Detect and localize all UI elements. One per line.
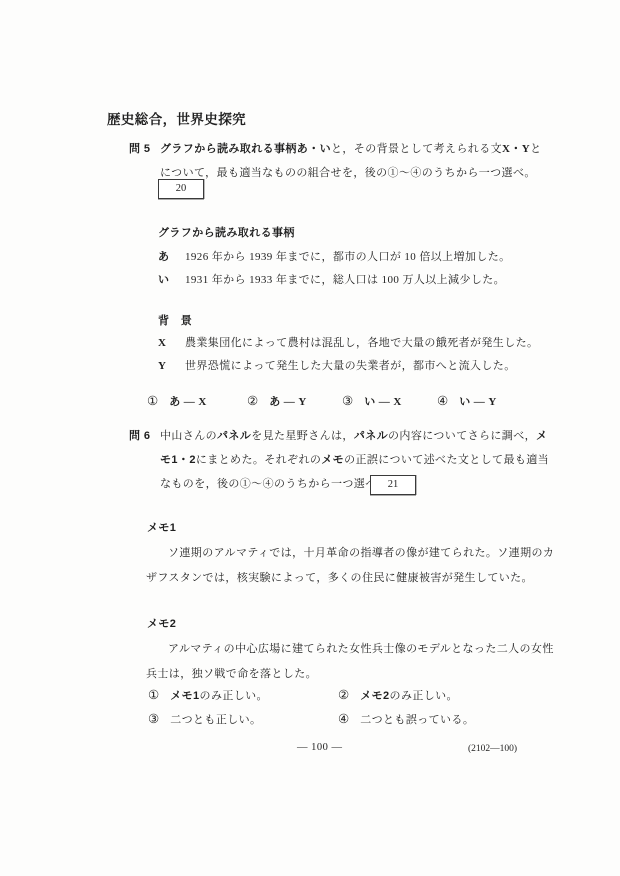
q6-stem-text4: にまとめた。それぞれの xyxy=(196,454,321,466)
q5-findings-heading: グラフから読み取れる事柄 xyxy=(158,226,295,241)
q5-stem-text: と，その背景として考えられる文 xyxy=(331,143,502,155)
q6-choice-1: ①メモ1のみ正しい。 xyxy=(148,688,268,704)
q6-memo1-heading: メモ1 xyxy=(147,521,176,536)
q5-label: 問 5 xyxy=(129,142,150,157)
q5-choice-1-text: あ ― X xyxy=(169,396,206,408)
footer-page-number: — 100 — xyxy=(297,740,343,755)
footer-doc-code: (2102—100) xyxy=(468,742,517,757)
q6-stem-line2: モ1・2にまとめた。それぞれのメモの正誤について述べた文として最も適当 xyxy=(160,453,549,468)
subject-title: 歴史総合，世界史探究 xyxy=(107,112,246,127)
q5-finding-item-i: い1931 年から 1933 年までに，総人口は 100 万人以上減少した。 xyxy=(158,273,505,288)
q6-stem-emphasis-memo-head: メ xyxy=(536,430,547,442)
q6-answer-box: 21 xyxy=(370,475,416,495)
q5-finding-item-a: あ1926 年から 1939 年までに，都市の人口が 10 倍以上増加した。 xyxy=(158,250,511,265)
q5-background-item-x: X農業集団化によって農村は混乱し，各地で大量の餓死者が発生した。 xyxy=(158,336,538,351)
q6-choice-4-text: 二つとも誤っている。 xyxy=(360,714,474,726)
q5-finding-label-a: あ xyxy=(158,250,185,265)
q6-choice-3-text: 二つとも正しい。 xyxy=(170,714,261,726)
q5-choice-1-number: ① xyxy=(147,394,158,408)
q6-label: 問 6 xyxy=(129,429,150,444)
q6-choice-4: ④二つとも誤っている。 xyxy=(338,712,474,728)
q5-background-label-y: Y xyxy=(158,359,185,374)
q5-stem-text-tail: と xyxy=(530,143,541,155)
q6-stem-line1: 中山さんのパネルを見た星野さんは，パネルの内容についてさらに調べ，メ xyxy=(160,429,547,444)
q6-memo2-line2: 兵士は，独ソ戦で命を落とした。 xyxy=(146,667,317,682)
q6-choice-1-emphasis: メモ1 xyxy=(170,690,199,702)
q5-stem-line1: グラフから読み取れる事柄あ・いと，その背景として考えられる文X・Yと xyxy=(160,142,542,157)
q6-stem-text3: の内容についてさらに調べ， xyxy=(388,430,536,442)
q6-choice-2-text: のみ正しい。 xyxy=(390,690,458,702)
q6-choice-2-emphasis: メモ2 xyxy=(360,690,389,702)
q6-choice-3-number: ③ xyxy=(148,712,159,726)
q6-choice-2: ②メモ2のみ正しい。 xyxy=(338,688,458,704)
q5-finding-text-a: 1926 年から 1939 年までに，都市の人口が 10 倍以上増加した。 xyxy=(185,251,511,263)
q5-background-text-x: 農業集団化によって農村は混乱し，各地で大量の餓死者が発生した。 xyxy=(185,337,538,349)
q5-answer-box: 20 xyxy=(158,179,204,199)
q5-choice-2-text: あ ― Y xyxy=(269,396,306,408)
q5-choice-3-number: ③ xyxy=(342,394,353,408)
q6-memo1-line2: ザフスタンでは，核実験によって，多くの住民に健康被害が発生していた。 xyxy=(146,571,533,586)
q5-choice-2: ②あ ― Y xyxy=(247,394,307,410)
q5-background-label-x: X xyxy=(158,336,185,351)
q6-choice-4-number: ④ xyxy=(338,712,349,726)
q6-memo1-line1: ソ連期のアルマティでは，十月革命の指導者の像が建てられた。ソ連期のカ xyxy=(168,546,554,561)
q6-stem-text2: を見た星野さんは， xyxy=(251,430,354,442)
q5-choice-1: ①あ ― X xyxy=(147,394,207,410)
q6-stem-line3: なものを，後の①～④のうちから一つ選べ。 xyxy=(160,477,388,492)
q5-finding-text-i: 1931 年から 1933 年までに，総人口は 100 万人以上減少した。 xyxy=(185,274,505,286)
q6-stem-text: 中山さんの xyxy=(160,430,217,442)
q6-memo2-heading: メモ2 xyxy=(147,617,176,632)
q6-stem-emphasis-memo12: モ1・2 xyxy=(160,454,196,466)
q5-choice-4: ④い ― Y xyxy=(437,394,497,410)
q5-choice-2-number: ② xyxy=(247,394,258,408)
q6-choice-3: ③二つとも正しい。 xyxy=(148,712,261,728)
q5-finding-label-i: い xyxy=(158,273,185,288)
q5-choice-4-number: ④ xyxy=(437,394,448,408)
q6-memo2-line1: アルマティの中心広場に建てられた女性兵士像のモデルとなった二人の女性 xyxy=(168,642,554,657)
q6-choice-2-number: ② xyxy=(338,688,349,702)
q5-stem-line2: について，最も適当なものの組合せを，後の①～④のうちから一つ選べ。 xyxy=(160,166,536,181)
q5-stem-emphasis-findings: グラフから読み取れる事柄あ・い xyxy=(160,143,331,155)
q6-choice-1-number: ① xyxy=(148,688,159,702)
q5-choice-3: ③い ― X xyxy=(342,394,402,410)
q6-stem-text5: の正誤について述べた文として最も適当 xyxy=(344,454,549,466)
q5-choice-4-text: い ― Y xyxy=(459,396,496,408)
q6-stem-emphasis-panel1: パネル xyxy=(217,430,251,442)
q5-choice-3-text: い ― X xyxy=(364,396,401,408)
exam-page: 歴史総合，世界史探究 問 5 グラフから読み取れる事柄あ・いと，その背景として考… xyxy=(0,0,620,876)
q5-background-heading: 背 景 xyxy=(158,314,192,329)
q5-background-item-y: Y世界恐慌によって発生した大量の失業者が，都市へと流入した。 xyxy=(158,359,516,374)
q6-stem-emphasis-memo: メモ xyxy=(321,454,344,466)
q6-choice-1-text: のみ正しい。 xyxy=(200,690,268,702)
q5-background-text-y: 世界恐慌によって発生した大量の失業者が，都市へと流入した。 xyxy=(185,360,516,372)
q5-stem-emphasis-xy: X・Y xyxy=(502,143,530,155)
q6-stem-emphasis-panel2: パネル xyxy=(354,430,388,442)
